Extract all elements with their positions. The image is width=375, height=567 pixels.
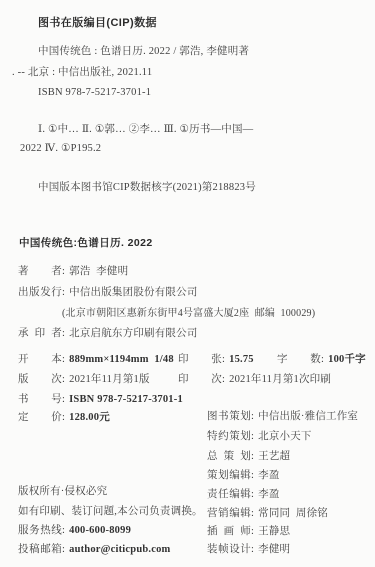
impression-label: 印次 xyxy=(178,373,222,386)
hotline-value: 400-600-8099 xyxy=(69,524,131,537)
impression-value: 2021年11月第1次印刷 xyxy=(229,373,331,386)
credit-row-marketing-editor: 营销编辑:常同同 周徐铭 xyxy=(207,507,328,520)
colon: : xyxy=(251,507,254,520)
colon: : xyxy=(251,410,254,423)
publisher-label: 出版发行 xyxy=(18,286,62,299)
edition-group: 版次:2021年11月第1版 xyxy=(18,373,150,386)
copyright-notice: 版权所有·侵权必究 xyxy=(18,485,107,498)
colon: : xyxy=(251,450,254,463)
credit-label: 营销编辑 xyxy=(207,507,251,520)
impression-group: 印次:2021年11月第1次印刷 xyxy=(178,373,331,386)
hotline-label: 服务热线 xyxy=(18,524,62,537)
colon: : xyxy=(251,488,254,501)
cip-entry-line1: 中国传统色 : 色谱日历. 2022 / 郭浩, 李健明著 xyxy=(38,45,249,58)
credit-value: 中信出版·雅信工作室 xyxy=(258,410,358,423)
colon: : xyxy=(62,373,65,386)
credit-row-illustrator: 插画师:王静思 xyxy=(207,525,290,538)
credit-label: 图书策划 xyxy=(207,410,251,423)
publisher-value: 中信出版集团股份有限公司 xyxy=(69,286,197,299)
book-title: 中国传统色:色谱日历. 2022 xyxy=(19,237,153,250)
sheets-value: 15.75 xyxy=(229,353,254,366)
colon: : xyxy=(62,393,65,406)
publisher-row: 出版发行:中信出版集团股份有限公司 xyxy=(18,286,198,299)
credit-row-chief-planner: 总策划:王艺超 xyxy=(207,450,290,463)
credit-value: 王艺超 xyxy=(258,450,290,463)
colon: : xyxy=(62,543,65,556)
credit-label: 责任编辑 xyxy=(207,488,251,501)
price-row: 定价:128.00元 xyxy=(18,411,110,424)
author-label: 著者 xyxy=(18,265,62,278)
colon: : xyxy=(251,430,254,443)
colon: : xyxy=(62,353,65,366)
words-group: 字数:100千字 xyxy=(277,353,366,366)
colon: : xyxy=(321,353,324,366)
credit-label: 装帧设计 xyxy=(207,543,251,556)
credit-value: 王静思 xyxy=(258,525,290,538)
price-value: 128.00元 xyxy=(69,411,110,424)
cip-classification-line1: Ⅰ. ①中… Ⅱ. ①郭… ②李… Ⅲ. ①历书—中国— xyxy=(38,123,253,136)
sheets-label: 印张 xyxy=(178,353,222,366)
colon: : xyxy=(251,525,254,538)
copyright-page: 图书在版编目(CIP)数据 中国传统色 : 色谱日历. 2022 / 郭浩, 李… xyxy=(0,0,375,567)
cip-header: 图书在版编目(CIP)数据 xyxy=(38,17,157,30)
price-label: 定价 xyxy=(18,411,62,424)
credit-value: 李健明 xyxy=(258,543,290,556)
words-value: 100千字 xyxy=(328,353,366,366)
credit-value: 李盈 xyxy=(258,469,279,482)
hotline-row: 服务热线:400-600-8099 xyxy=(18,524,131,537)
credit-row-special-planning: 特约策划:北京小天下 xyxy=(207,430,312,443)
edition-label: 版次 xyxy=(18,373,62,386)
colon: : xyxy=(62,524,65,537)
email-label: 投稿邮箱 xyxy=(18,543,62,556)
colon: : xyxy=(62,327,65,340)
book-number-row: 书号:ISBN 978-7-5217-3701-1 xyxy=(18,393,183,406)
credit-row-book-planning: 图书策划:中信出版·雅信工作室 xyxy=(207,410,358,423)
printer-row: 承印者:北京启航东方印刷有限公司 xyxy=(18,327,198,340)
printer-value: 北京启航东方印刷有限公司 xyxy=(69,327,197,340)
cip-entry-line2: . -- 北京 : 中信出版社, 2021.11 xyxy=(12,66,152,79)
credit-row-planning-editor: 策划编辑:李盈 xyxy=(207,469,280,482)
colon: : xyxy=(251,469,254,482)
cip-classification-line2: 2022 Ⅳ. ①P195.2 xyxy=(20,142,101,155)
credit-row-responsible-editor: 责任编辑:李盈 xyxy=(207,488,280,501)
colon: : xyxy=(222,373,225,386)
edition-value: 2021年11月第1版 xyxy=(69,373,150,386)
words-label: 字数 xyxy=(277,353,321,366)
edition-row: 版次:2021年11月第1版 印次:2021年11月第1次印刷 xyxy=(18,373,368,386)
colon: : xyxy=(62,286,65,299)
publisher-address: (北京市朝阳区惠新东街甲4号富盛大厦2座 邮编 100029) xyxy=(62,307,315,320)
colon: : xyxy=(62,265,65,278)
cip-record-number: 中国版本图书馆CIP数据核字(2021)第218823号 xyxy=(38,181,256,194)
format-label: 开本 xyxy=(18,353,62,366)
colon: : xyxy=(222,353,225,366)
service-note: 如有印刷、装订问题,本公司负责调换。 xyxy=(18,505,203,518)
credit-label: 插画师 xyxy=(207,525,251,538)
colon: : xyxy=(62,411,65,424)
printer-label: 承印者 xyxy=(18,327,62,340)
book-number-label: 书号 xyxy=(18,393,62,406)
credit-value: 李盈 xyxy=(258,488,279,501)
credit-label: 总策划 xyxy=(207,450,251,463)
author-value: 郭浩 李健明 xyxy=(69,265,128,278)
author-row: 著者:郭浩 李健明 xyxy=(18,265,128,278)
credit-row-design: 装帧设计:李健明 xyxy=(207,543,290,556)
email-value: author@citicpub.com xyxy=(69,543,170,556)
credit-label: 策划编辑 xyxy=(207,469,251,482)
format-group: 开本:889mm×1194mm 1/48 xyxy=(18,353,174,366)
cip-isbn: ISBN 978-7-5217-3701-1 xyxy=(38,86,151,99)
format-row: 开本:889mm×1194mm 1/48 印张:15.75 字数:100千字 xyxy=(18,353,368,366)
credit-value: 常同同 周徐铭 xyxy=(258,507,328,520)
colon: : xyxy=(251,543,254,556)
format-value: 889mm×1194mm 1/48 xyxy=(69,353,174,366)
book-number-value: ISBN 978-7-5217-3701-1 xyxy=(69,393,183,406)
credit-value: 北京小天下 xyxy=(258,430,312,443)
credit-label: 特约策划 xyxy=(207,430,251,443)
sheets-group: 印张:15.75 xyxy=(178,353,254,366)
email-row: 投稿邮箱:author@citicpub.com xyxy=(18,543,170,556)
